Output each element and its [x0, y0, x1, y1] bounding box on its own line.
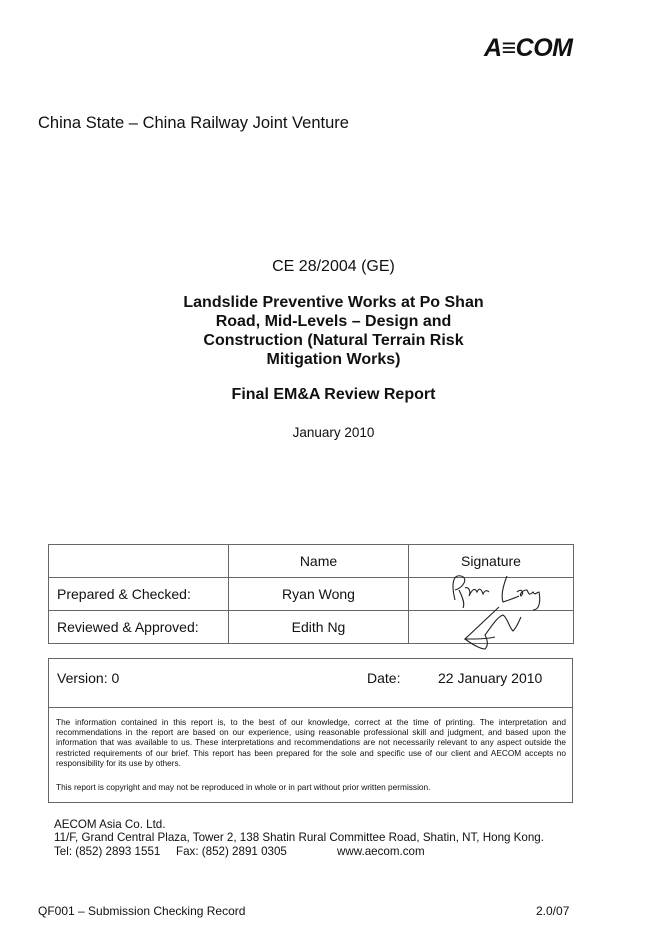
report-date: January 2010 — [0, 425, 667, 440]
version-row: Version: 0 Date: 22 January 2010 — [49, 659, 572, 708]
footer-revision: 2.0/07 — [536, 904, 569, 918]
company-address: 11/F, Grand Central Plaza, Tower 2, 138 … — [54, 831, 544, 844]
footer-form-name: QF001 – Submission Checking Record — [38, 904, 245, 918]
client-name: China State – China Railway Joint Ventur… — [38, 114, 349, 133]
signature-cell — [409, 611, 574, 644]
company-tel: Tel: (852) 2893 1551 — [54, 845, 176, 858]
table-row: Reviewed & Approved: Edith Ng — [49, 611, 574, 644]
company-website-link[interactable]: www.aecom.com — [337, 845, 425, 858]
title-line: Road, Mid-Levels – Design and — [0, 312, 667, 331]
date-value: 22 January 2010 — [438, 670, 542, 686]
date-label: Date: — [367, 670, 400, 686]
company-info: AECOM Asia Co. Ltd. 11/F, Grand Central … — [54, 818, 544, 858]
name-cell: Ryan Wong — [229, 578, 409, 611]
report-name: Final EM&A Review Report — [0, 386, 667, 404]
company-name: AECOM Asia Co. Ltd. — [54, 818, 544, 831]
company-contact: Tel: (852) 2893 1551Fax: (852) 2891 0305… — [54, 845, 544, 858]
signature-table: Name Signature Prepared & Checked: Ryan … — [48, 544, 574, 644]
signature-edith-ng-icon — [459, 605, 549, 651]
header-cell-role — [49, 545, 229, 578]
signature-ryan-wong-icon — [449, 570, 549, 610]
title-line: Construction (Natural Terrain Risk — [0, 331, 667, 350]
aecom-logo: A≡COM — [484, 34, 572, 63]
role-cell: Reviewed & Approved: — [49, 611, 229, 644]
version-box: Version: 0 Date: 22 January 2010 The inf… — [48, 658, 573, 803]
title-line: Mitigation Works) — [0, 350, 667, 369]
title-line: Landslide Preventive Works at Po Shan — [0, 293, 667, 312]
name-cell: Edith Ng — [229, 611, 409, 644]
contract-number: CE 28/2004 (GE) — [0, 258, 667, 276]
copyright-text: This report is copyright and may not be … — [56, 782, 430, 792]
disclaimer-text: The information contained in this report… — [56, 717, 566, 768]
header-cell-name: Name — [229, 545, 409, 578]
report-title: Landslide Preventive Works at Po Shan Ro… — [0, 293, 667, 369]
company-fax: Fax: (852) 2891 0305 — [176, 845, 337, 858]
role-cell: Prepared & Checked: — [49, 578, 229, 611]
version-label: Version: 0 — [57, 670, 119, 686]
